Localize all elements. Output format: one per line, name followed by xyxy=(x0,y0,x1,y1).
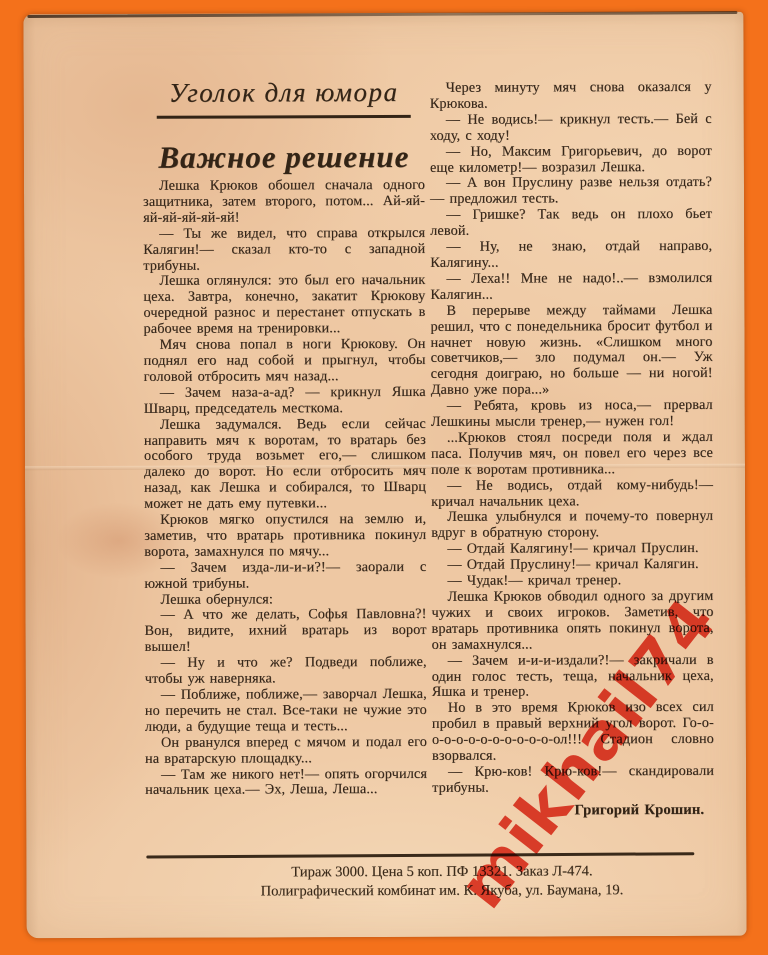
author-signature: Григорий Крошин. xyxy=(432,803,714,820)
paragraph: В перерыве между таймами Лешка решил, чт… xyxy=(430,303,712,399)
paragraph: Крюков мягко опустился на землю и, замет… xyxy=(144,512,426,561)
paragraph: — Ну, не знаю, отдай направо, Калягину..… xyxy=(430,239,712,272)
paragraph: — Гришке? Так ведь он плохо бьет левой. xyxy=(430,207,712,240)
humor-rubric: Уголок для юмора xyxy=(157,77,411,119)
paragraph: Лешка улыбнулся и почему-то повернул вдр… xyxy=(431,509,713,542)
right-column: Через минуту мяч снова оказался у Крюков… xyxy=(430,80,715,820)
paragraph: Лешка оглянулся: это был его начальник ц… xyxy=(143,273,425,338)
paragraph: — А что же делать, Софья Павловна?! Вон,… xyxy=(144,607,426,656)
imprint-divider xyxy=(146,852,694,858)
photo-background: { "colors": { "border_orange": "#f4711b"… xyxy=(0,0,768,955)
paragraph: — Поближе, поближе,— заворчал Лешка, но … xyxy=(145,687,427,736)
paragraph: — Не водись, отдай кому-нибудь!— кричал … xyxy=(431,478,713,511)
left-column: Лешка Крюков обошел сначала одного защит… xyxy=(143,178,427,799)
paragraph: Но в это время Крюков изо всех сил проби… xyxy=(432,700,714,765)
paragraph: — Там же никого нет!— опять огорчился на… xyxy=(145,766,427,799)
imprint-block: Тираж 3000. Цена 5 коп. ПФ 13321. Заказ … xyxy=(169,862,714,901)
right-column-paragraphs: Через минуту мяч снова оказался у Крюков… xyxy=(430,80,714,797)
paragraph: — А вон Пруслину разве нельзя отдать?— п… xyxy=(430,175,712,208)
paragraph: — Леха!! Мне не надо!..— взмолился Каляг… xyxy=(430,271,712,304)
paragraph: Лешка Крюков обводил одного за другим чу… xyxy=(431,589,713,654)
paragraph: — Зачем и-и-и-издали?!— закричали в один… xyxy=(432,652,714,701)
paragraph: — Но, Максим Григорьевич, до ворот еще к… xyxy=(430,143,712,176)
article-title: Важное решение xyxy=(158,139,409,176)
paragraph: Лешка задумался. Ведь если сейчас направ… xyxy=(144,416,426,512)
paragraph: — Ребята, кровь из носа,— прервал Лешкин… xyxy=(431,398,713,431)
paragraph: Мяч снова попал в ноги Крюкову. Он подня… xyxy=(144,337,426,386)
paragraph: — Зачем изда-ли-и-и?!— заорали с южной т… xyxy=(144,560,426,593)
imprint-line-2: Полиграфический комбинат им. К. Якуба, у… xyxy=(169,880,714,900)
scanned-page: Уголок для юмора Важное решение Лешка Кр… xyxy=(23,12,746,939)
article-title-wrapper: Важное решение xyxy=(142,139,426,176)
paragraph: Через минуту мяч снова оказался у Крюков… xyxy=(430,80,712,113)
humor-rubric-wrapper: Уголок для юмора xyxy=(142,77,426,119)
paragraph: — Ты же видел, что справа открылся Каляг… xyxy=(143,226,425,275)
imprint-line-1: Тираж 3000. Цена 5 коп. ПФ 13321. Заказ … xyxy=(169,862,714,882)
paragraph: — Не водись!— крикнул тесть.— Бей с ходу… xyxy=(430,112,712,145)
paragraph: Лешка Крюков обошел сначала одного защит… xyxy=(143,178,425,227)
paragraph: — Зачем наза-а-ад? — крикнул Яшка Шварц,… xyxy=(144,385,426,418)
paragraph: — Отдай Пруслину!— кричал Калягин. xyxy=(431,557,713,574)
paragraph: — Крю-ков! Крю-ков!— скандировали трибун… xyxy=(432,764,714,797)
paragraph: Он рванулся вперед с мячом и подал его н… xyxy=(145,735,427,768)
paragraph: ...Крюков стоял посреди поля и ждал паса… xyxy=(431,430,713,479)
paragraph: — Ну и что же? Подведи поближе, чтобы уж… xyxy=(145,655,427,688)
